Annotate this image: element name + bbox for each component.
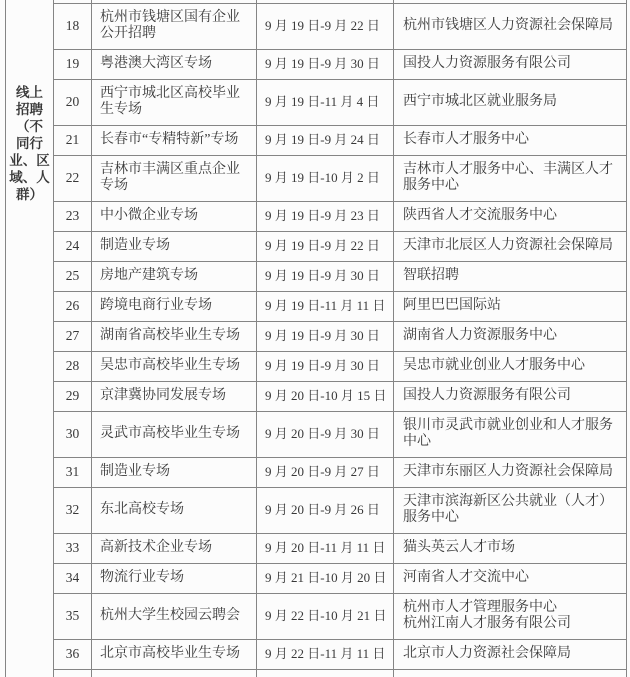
cell-dates: 9 月 20 日-9 月 26 日 <box>256 488 393 533</box>
cell-event-name: 高新技术企业专场 <box>91 534 256 563</box>
cell-dates: 9 月 19 日-11 月 11 日 <box>256 292 393 321</box>
cell-row-number: 21 <box>54 126 91 155</box>
cell-organizer: 银川市灵武市就业创业和人才服务中心 <box>393 412 626 457</box>
table-row: 25房地产建筑专场9 月 19 日-9 月 30 日智联招聘 <box>54 261 626 291</box>
table-row: 29京津冀协同发展专场9 月 20 日-10 月 15 日国投人力资源服务有限公… <box>54 381 626 411</box>
cell-row-number: 35 <box>54 594 91 639</box>
table-row: 34物流行业专场9 月 21 日-10 月 20 日河南省人才交流中心 <box>54 563 626 593</box>
cell-row-number: 24 <box>54 232 91 261</box>
cell-row-number: 33 <box>54 534 91 563</box>
cell-event-name: 灵武市高校毕业生专场 <box>91 412 256 457</box>
cell-dates: 9 月 20 日-9 月 27 日 <box>256 458 393 487</box>
cell-row-number: 22 <box>54 156 91 201</box>
category-label: 线上 招聘 （不 同行 业、区 域、人 群） <box>6 84 53 203</box>
table-row: 30灵武市高校毕业生专场9 月 20 日-9 月 30 日银川市灵武市就业创业和… <box>54 411 626 457</box>
cell-organizer: 湖南省人力资源服务中心 <box>393 322 626 351</box>
cell-event-name: 东北高校专场 <box>91 488 256 533</box>
cell-dates: 9 月 19 日-9 月 30 日 <box>256 322 393 351</box>
cell-row-number: 23 <box>54 202 91 231</box>
cell-event-name: 粤港澳大湾区专场 <box>91 50 256 79</box>
cell-dates: 9 月 19 日-9 月 30 日 <box>256 262 393 291</box>
cell-event-name: 杭州市钱塘区国有企业公开招聘 <box>91 4 256 49</box>
cell-dates: 9 月 21 日-10 月 20 日 <box>256 564 393 593</box>
cell-event-name: 吉林市丰满区重点企业专场 <box>91 156 256 201</box>
cell-organizer: 河南省人才交流中心 <box>393 564 626 593</box>
table-row: 35杭州大学生校园云聘会9 月 22 日-10 月 21 日杭州市人才管理服务中… <box>54 593 626 639</box>
table-row: 27湖南省高校毕业生专场9 月 19 日-9 月 30 日湖南省人力资源服务中心 <box>54 321 626 351</box>
table-row: 28吴忠市高校毕业生专场9 月 19 日-9 月 30 日吴忠市就业创业人才服务… <box>54 351 626 381</box>
cell-dates: 9 月 19 日-9 月 30 日 <box>256 352 393 381</box>
cell-row-number: 34 <box>54 564 91 593</box>
cell-dates: 9 月 20 日-9 月 30 日 <box>256 412 393 457</box>
cell-event-name: 吴忠市高校毕业生专场 <box>91 352 256 381</box>
bottom-partial-row <box>54 669 626 677</box>
cell-organizer: 国投人力资源服务有限公司 <box>393 50 626 79</box>
cell-organizer: 北京市人力资源社会保障局 <box>393 640 626 669</box>
cell-event-name: 北京市高校毕业生专场 <box>91 640 256 669</box>
cell-organizer: 天津市北辰区人力资源社会保障局 <box>393 232 626 261</box>
cell-event-name: 湖南省高校毕业生专场 <box>91 322 256 351</box>
cell-row-number: 19 <box>54 50 91 79</box>
cell-dates: 9 月 22 日-11 月 11 日 <box>256 640 393 669</box>
table-row: 18杭州市钱塘区国有企业公开招聘9 月 19 日-9 月 22 日杭州市钱塘区人… <box>54 3 626 49</box>
cell-event-name: 西宁市城北区高校毕业生专场 <box>91 80 256 125</box>
cell-row-number: 31 <box>54 458 91 487</box>
cell-organizer: 吴忠市就业创业人才服务中心 <box>393 352 626 381</box>
cell-dates: 9 月 19 日-10 月 2 日 <box>256 156 393 201</box>
cell-organizer: 陕西省人才交流服务中心 <box>393 202 626 231</box>
cell-dates: 9 月 20 日-11 月 11 日 <box>256 534 393 563</box>
cell-dates: 9 月 19 日-9 月 22 日 <box>256 232 393 261</box>
cell-dates: 9 月 22 日-10 月 21 日 <box>256 594 393 639</box>
cell-row-number: 27 <box>54 322 91 351</box>
cell-row-number: 18 <box>54 4 91 49</box>
cell-organizer: 长春市人才服务中心 <box>393 126 626 155</box>
table-row: 31制造业专场9 月 20 日-9 月 27 日天津市东丽区人力资源社会保障局 <box>54 457 626 487</box>
cell-organizer: 猫头英云人才市场 <box>393 534 626 563</box>
cell-row-number: 29 <box>54 382 91 411</box>
cell-dates: 9 月 19 日-9 月 24 日 <box>256 126 393 155</box>
table-row: 19粤港澳大湾区专场9 月 19 日-9 月 30 日国投人力资源服务有限公司 <box>54 49 626 79</box>
table-row: 24制造业专场9 月 19 日-9 月 22 日天津市北辰区人力资源社会保障局 <box>54 231 626 261</box>
cell-row-number: 20 <box>54 80 91 125</box>
cell-event-name: 中小微企业专场 <box>91 202 256 231</box>
cell-dates: 9 月 19 日-9 月 23 日 <box>256 202 393 231</box>
recruitment-table: 18杭州市钱塘区国有企业公开招聘9 月 19 日-9 月 22 日杭州市钱塘区人… <box>53 0 627 677</box>
table-row: 32东北高校专场9 月 20 日-9 月 26 日天津市滨海新区公共就业（人才）… <box>54 487 626 533</box>
cell-event-name: 京津冀协同发展专场 <box>91 382 256 411</box>
table-row: 36北京市高校毕业生专场9 月 22 日-11 月 11 日北京市人力资源社会保… <box>54 639 626 669</box>
cell-event-name: 杭州大学生校园云聘会 <box>91 594 256 639</box>
cell-organizer: 国投人力资源服务有限公司 <box>393 382 626 411</box>
cell-event-name: 物流行业专场 <box>91 564 256 593</box>
cell-dates: 9 月 19 日-11 月 4 日 <box>256 80 393 125</box>
cell-organizer: 阿里巴巴国际站 <box>393 292 626 321</box>
cell-organizer: 智联招聘 <box>393 262 626 291</box>
cell-organizer: 杭州市钱塘区人力资源社会保障局 <box>393 4 626 49</box>
table-row: 23中小微企业专场9 月 19 日-9 月 23 日陕西省人才交流服务中心 <box>54 201 626 231</box>
cell-event-name: 长春市“专精特新”专场 <box>91 126 256 155</box>
table-row: 20西宁市城北区高校毕业生专场9 月 19 日-11 月 4 日西宁市城北区就业… <box>54 79 626 125</box>
cell-organizer: 西宁市城北区就业服务局 <box>393 80 626 125</box>
cell-dates: 9 月 19 日-9 月 22 日 <box>256 4 393 49</box>
table-row: 33高新技术企业专场9 月 20 日-11 月 11 日猫头英云人才市场 <box>54 533 626 563</box>
cell-organizer: 天津市滨海新区公共就业（人才）服务中心 <box>393 488 626 533</box>
cell-organizer: 杭州市人才管理服务中心 杭州江南人才服务有限公司 <box>393 594 626 639</box>
table-row: 22吉林市丰满区重点企业专场9 月 19 日-10 月 2 日吉林市人才服务中心… <box>54 155 626 201</box>
cell-organizer: 吉林市人才服务中心、丰满区人才服务中心 <box>393 156 626 201</box>
cell-organizer: 天津市东丽区人力资源社会保障局 <box>393 458 626 487</box>
cell-event-name: 制造业专场 <box>91 458 256 487</box>
cell-row-number: 32 <box>54 488 91 533</box>
cell-event-name: 跨境电商行业专场 <box>91 292 256 321</box>
cell-row-number: 26 <box>54 292 91 321</box>
cell-row-number: 36 <box>54 640 91 669</box>
cell-event-name: 制造业专场 <box>91 232 256 261</box>
cell-row-number: 30 <box>54 412 91 457</box>
table-row: 26跨境电商行业专场9 月 19 日-11 月 11 日阿里巴巴国际站 <box>54 291 626 321</box>
table-row: 21长春市“专精特新”专场9 月 19 日-9 月 24 日长春市人才服务中心 <box>54 125 626 155</box>
cell-row-number: 28 <box>54 352 91 381</box>
cell-dates: 9 月 20 日-10 月 15 日 <box>256 382 393 411</box>
cell-event-name: 房地产建筑专场 <box>91 262 256 291</box>
document-page: 线上 招聘 （不 同行 业、区 域、人 群） 18杭州市钱塘区国有企业公开招聘9… <box>0 0 630 677</box>
cell-dates: 9 月 19 日-9 月 30 日 <box>256 50 393 79</box>
cell-row-number: 25 <box>54 262 91 291</box>
